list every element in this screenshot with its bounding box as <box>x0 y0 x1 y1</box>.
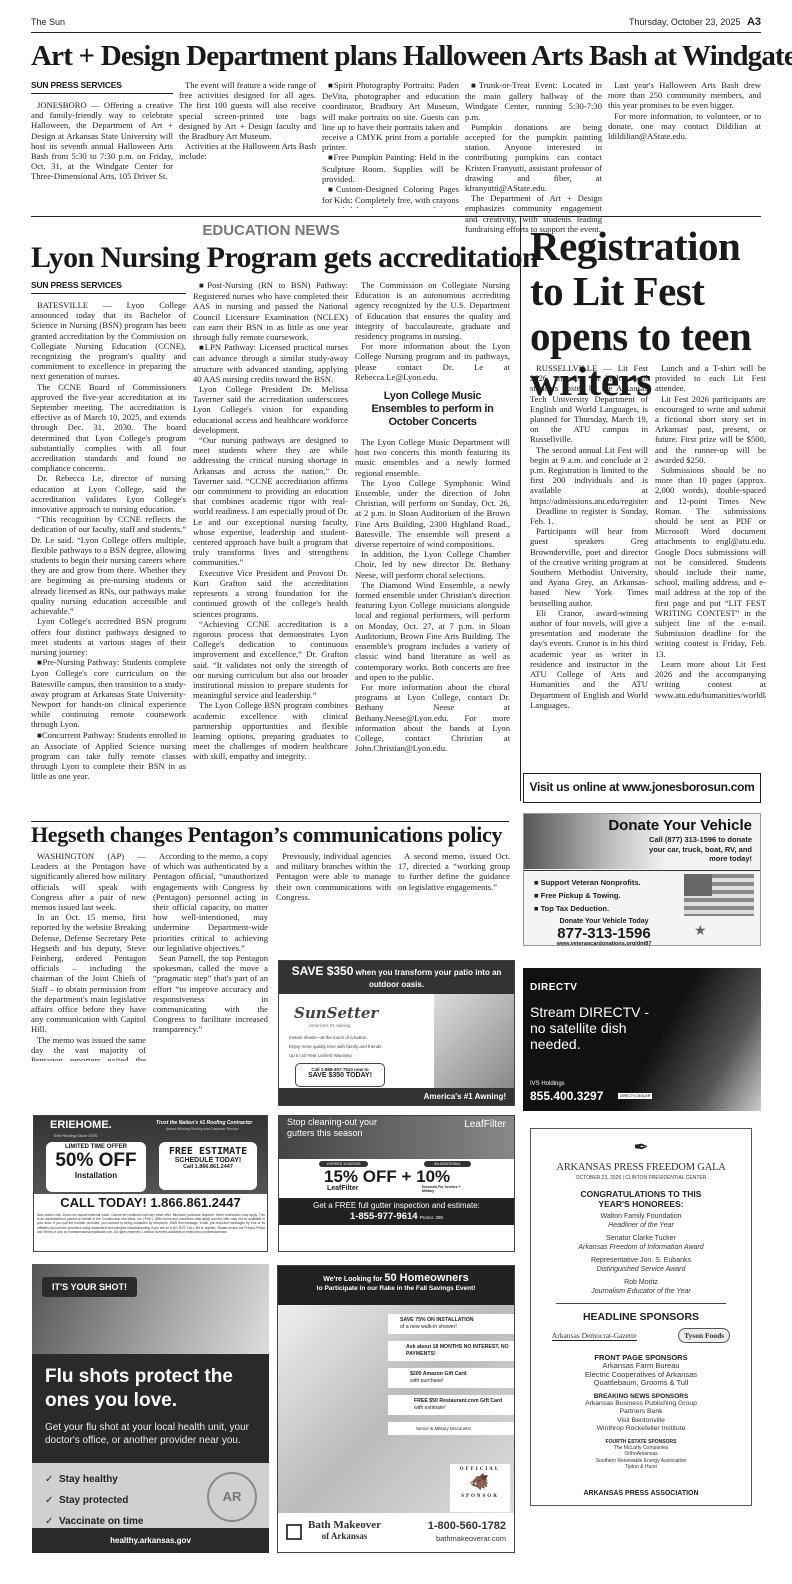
litfest-col-2: Lunch and a T-shirt will be provided to … <box>655 363 766 803</box>
lyon-p5: Pre-Nursing Pathway: Students complete L… <box>31 657 186 729</box>
leaffilter-cta-bar[interactable]: Get a FREE full gutter inspection and es… <box>279 1198 514 1225</box>
star-logo-icon: ★ <box>694 922 707 939</box>
flu-body: Get your flu shot at your local health u… <box>45 1421 260 1447</box>
lyon-p7: Post-Nursing (RN to BSN) Pathway: Regist… <box>193 280 348 342</box>
lyon-p8: LPN Pathway: Licensed practical nurses c… <box>193 342 348 384</box>
vehicle-cta: Donate Your Vehicle Today <box>534 918 674 925</box>
gala-honoree: Representative Jon. S. EubanksDistinguis… <box>531 1257 751 1274</box>
hegseth-col-4: A second memo, issued Oct. 17, directed … <box>398 851 510 941</box>
erie-offer-box: LIMITED TIME OFFER 50% OFF Installation <box>46 1142 146 1192</box>
lyon-col-3: The Commission on Collegiate Nursing Edu… <box>355 280 510 810</box>
art-col-1: JONESBORO — Offering a creative and fami… <box>31 100 173 182</box>
lit-p1: The second annual Lit Fest will begin at… <box>530 445 648 506</box>
bath-top1-big: 50 Homeowners <box>384 1272 468 1284</box>
issue-date: Thursday, October 23, 2025 A3 <box>629 16 761 28</box>
music-p0: The Lyon College Music Department will h… <box>355 437 510 478</box>
lit-p3: Participants will hear from guest speake… <box>530 526 648 608</box>
bath-callout: Senior & Military Discounts! <box>388 1422 515 1435</box>
lyon-p14: The Commission on Collegiate Nursing Edu… <box>355 280 510 341</box>
breaking-sponsor: Visit Bentonville <box>531 1417 751 1426</box>
hegseth-headline: Hegseth changes Pentagon’s communication… <box>31 824 502 846</box>
art-p5: Custom-Designed Coloring Pages for Kids:… <box>322 184 459 208</box>
heg-p0: WASHINGTON (AP) — Leaders at the Pentago… <box>31 851 146 912</box>
bath-callout: SAVE 75% ON INSTALLATIONof a new walk-in… <box>388 1314 515 1334</box>
heg-p4: Sean Parnell, the top Pentagon spokesman… <box>153 953 268 1035</box>
leaffilter-offer: 15% OFF + 10% <box>324 1167 450 1187</box>
music-p2: In addition, the Lyon College Chamber Ch… <box>355 549 510 580</box>
gala-honoree: Senator Clarke TuckerArkansas Freedom of… <box>531 1235 751 1252</box>
vehicle-bullet: ■ Top Tax Deduction. <box>534 902 641 915</box>
art-p2: Activities at the Halloween Arts Bash in… <box>179 141 316 161</box>
flag-soldier-image <box>684 874 754 916</box>
sunsetter-save: SAVE $350 <box>292 964 354 978</box>
art-headline: Art + Design Department plans Halloween … <box>31 42 792 71</box>
bath-callout: FREE $50 Restaurant.com Gift Cardwith es… <box>388 1395 515 1415</box>
lit-p2: Deadline to register is Sunday, Feb. 1. <box>530 506 648 526</box>
hegseth-col-1: WASHINGTON (AP) — Leaders at the Pentago… <box>31 851 146 1061</box>
paper-name: The Sun <box>31 17 65 27</box>
lyon-p2: Dr. Rebecca Le, director of nursing educ… <box>31 473 186 514</box>
leaffilter-cta: Get a FREE full gutter inspection and es… <box>279 1200 514 1211</box>
sunsetter-footer: America's #1 Awning! <box>279 1088 514 1105</box>
page-number: A3 <box>747 16 761 28</box>
flu-check-item: ✓ Stay protected <box>45 1490 143 1511</box>
bath-callout: $200 Amazon Gift Cardwith purchase! <box>388 1368 515 1388</box>
heg-p3: According to the memo, a copy of which w… <box>153 851 268 953</box>
leaffilter-headline: Stop cleaning-out your gutters this seas… <box>287 1117 387 1138</box>
leaffilter-phone[interactable]: 1-855-977-9614 <box>350 1211 418 1222</box>
breaking-sponsor: Winthrop Rockefeller Institute <box>531 1425 751 1434</box>
visit-online-box[interactable]: Visit us online at www.jonesborosun.com <box>523 773 761 803</box>
vehicle-phone[interactable]: 877-313-1596 <box>534 925 674 942</box>
flu-headline: Flu shots protect the ones you love. <box>45 1365 260 1413</box>
bath-logo-icon <box>286 1524 302 1540</box>
gala-congrats: CONGRATULATIONS TO THIS YEAR'S HONOREES: <box>566 1189 716 1209</box>
ad-directv[interactable]: DIRECTV Stream DIRECTV - no satellite di… <box>523 968 761 1111</box>
heg-p5: Previously, individual agencies and mili… <box>276 851 391 902</box>
leaffilter-offer-brand: LeafFilter <box>327 1185 359 1192</box>
lit-p5: Lunch and a T-shirt will be provided to … <box>655 363 766 394</box>
flu-check-item: ✓ Stay healthy <box>45 1469 143 1490</box>
vehicle-bullets: ■ Support Veteran Nonprofits. ■ Free Pic… <box>534 876 641 915</box>
gala-logo-icon: ✒ <box>531 1137 751 1158</box>
erie-estimate: FREE ESTIMATE <box>159 1146 257 1157</box>
vehicle-bullet: ■ Free Pickup & Towing. <box>534 889 641 902</box>
music-p3: The Diamond Wind Ensemble, a newly forme… <box>355 580 510 682</box>
vehicle-bullet: ■ Support Veteran Nonprofits. <box>534 876 641 889</box>
razorback-icon: 🐗 <box>450 1472 510 1494</box>
art-col-4: Trunk-or-Treat Event: Located in the mai… <box>465 80 602 234</box>
litfest-col-1: RUSSELLVILLE — Lit Fest 2026, an event f… <box>530 363 648 803</box>
litfest-divider <box>520 216 521 801</box>
lyon-p6: Concurrent Pathway: Students enrolled in… <box>31 730 186 782</box>
lyon-headline: Lyon Nursing Program gets accreditation <box>31 243 538 273</box>
sunsetter-photo <box>434 994 514 1090</box>
official-sponsor-badge: OFFICIAL 🐗 SPONSOR <box>450 1464 510 1512</box>
art-p6: Trunk-or-Treat Event: Located in the mai… <box>465 80 602 122</box>
leaffilter-discount: Discount For Seniors + Military <box>422 1185 462 1193</box>
art-p0: JONESBORO — Offering a creative and fami… <box>31 100 173 182</box>
art-p9: Last year's Halloween Arts Bash drew mor… <box>608 80 761 111</box>
leaffilter-promo: Promo: 285 <box>420 1215 443 1220</box>
breaking-sponsor: Partners Bank <box>531 1408 751 1417</box>
lyon-col-1: BATESVILLE — Lyon College announced toda… <box>31 300 186 810</box>
check-circle-icon: ✓ <box>45 1495 53 1506</box>
lit-p8: Learn more about Lit Fest 2026 and the a… <box>655 659 766 700</box>
bath-top1: We're Looking for <box>323 1276 384 1283</box>
gala-breaking-title: BREAKING NEWS SPONSORS <box>531 1393 751 1400</box>
lit-p0: RUSSELLVILLE — Lit Fest 2026, an event f… <box>530 363 648 445</box>
heg-p2: The memo was issued the same day the vas… <box>31 1035 146 1061</box>
erie-trust-sub: Award-Winning Roofing and Customer Servi… <box>166 1127 238 1131</box>
music-p4: For more information about the choral pr… <box>355 682 510 753</box>
check-circle-icon: ✓ <box>45 1516 53 1527</box>
lyon-p0: BATESVILLE — Lyon College announced toda… <box>31 300 186 382</box>
sunsetter-brand: SunSetter <box>294 1004 378 1022</box>
art-col-5: Last year's Halloween Arts Bash drew mor… <box>608 80 761 208</box>
lyon-p4: Lyon College's accredited BSN program of… <box>31 616 186 657</box>
art-byline: SUN PRESS SERVICES <box>31 80 173 94</box>
fourth-sponsor: Tipton & Hurst <box>531 1464 751 1471</box>
bath-callout: Ask about 18 MONTHS NO INTEREST, NO PAYM… <box>388 1341 515 1361</box>
ad-sunsetter[interactable]: SAVE $350 when you transform your patio … <box>278 960 515 1106</box>
vehicle-url[interactable]: www.veterancardonations.org/dnt87 <box>534 941 674 946</box>
lyon-p3: “This recognition by CCNE reflects the d… <box>31 514 186 616</box>
erie-call-small: Call 1.866.861.2447 <box>159 1164 257 1170</box>
lyon-byline: SUN PRESS SERVICES <box>31 280 186 294</box>
breaking-sponsor: Arkansas Business Publishing Group <box>531 1400 751 1409</box>
gala-honoree: Rob MoritzJournalism Educator of the Yea… <box>531 1279 751 1296</box>
lyon-p11: Executive Vice President and Provost Dr.… <box>193 568 348 619</box>
ad-bath-makeover[interactable]: We're Looking for 50 Homeowners to Parti… <box>277 1265 515 1553</box>
lyon-p15: For more information about the Lyon Coll… <box>355 341 510 382</box>
education-news-kicker: EDUCATION NEWS <box>31 222 511 239</box>
sunsetter-call-bubble[interactable]: Call 1-888-497-7510 now to SAVE $350 TOD… <box>295 1063 385 1087</box>
art-p4: Free Pumpkin Painting: Held in the Sculp… <box>322 152 459 184</box>
lyon-p9: Lyon College President Dr. Melissa Taver… <box>193 384 348 435</box>
erie-brand: ERIEHOME. <box>50 1119 112 1131</box>
sponsor-bottom: SPONSOR <box>450 1494 510 1499</box>
heg-p1: In an Oct. 15 memo, first reported by th… <box>31 912 146 1034</box>
check-circle-icon: ✓ <box>45 1474 53 1485</box>
vehicle-title: Donate Your Vehicle <box>608 817 752 834</box>
ad-press-freedom-gala: ✒ ARKANSAS PRESS FREEDOM GALA OCTOBER 23… <box>530 1128 752 1506</box>
ad-donate-vehicle[interactable]: Donate Your Vehicle Call (877) 313-1596 … <box>523 813 761 946</box>
erie-schedule: SCHEDULE TODAY! <box>159 1157 257 1164</box>
hegseth-col-3: Previously, individual agencies and mili… <box>276 851 391 941</box>
erie-trust: Trust the Nation's #1 Roofing Contractor <box>156 1120 252 1126</box>
sunsetter-headline: when you transform your patio into an ou… <box>353 968 501 989</box>
bath-top2: to Participate in our Rake in the Fall S… <box>278 1285 514 1292</box>
bath-phone[interactable]: 1-800-560-1782 <box>428 1520 506 1532</box>
section-rule-1 <box>31 216 761 217</box>
bath-brand: Bath Makeover of Arkansas <box>308 1520 381 1542</box>
art-p7: Pumpkin donations are being accepted for… <box>465 122 602 193</box>
gala-headline-sponsors-title: HEADLINE SPONSORS <box>531 1311 751 1323</box>
hegseth-col-2: According to the memo, a copy of which w… <box>153 851 268 1061</box>
erie-since: Erie Roofing Since 1976 <box>54 1133 97 1138</box>
bath-url[interactable]: bathmakeoverar.com <box>436 1534 506 1543</box>
erie-offer-big: 50% OFF <box>46 1150 146 1171</box>
erie-estimate-box: FREE ESTIMATE SCHEDULE TODAY! Call 1.866… <box>159 1142 257 1190</box>
art-p10: For more information, to volunteer, or t… <box>608 111 761 142</box>
front-sponsor: Quattlebaum, Grooms & Tull <box>531 1379 751 1388</box>
art-p1: The event will feature a wide range of f… <box>179 80 316 141</box>
lit-p6: Lit Fest 2026 participants are encourage… <box>655 394 766 465</box>
vehicle-sub: Call (877) 313-1596 to donate your car, … <box>632 835 752 864</box>
directv-headline: Stream DIRECTV - no satellite dish neede… <box>530 1004 655 1052</box>
sponsor-logo-adg: Arkansas Democrat-Gazette <box>552 1331 637 1341</box>
heg-p6: A second memo, issued Oct. 17, directed … <box>398 851 510 892</box>
flu-url[interactable]: healthy.arkansas.gov <box>32 1528 269 1553</box>
ar-health-seal: AR <box>207 1472 257 1522</box>
date-text: Thursday, October 23, 2025 <box>629 17 740 27</box>
art-col-3: Spirit Photography Portraits: Paden DeVi… <box>322 80 459 208</box>
ad-erie-home[interactable]: ERIEHOME. Erie Roofing Since 1976 Trust … <box>33 1115 268 1252</box>
directv-phone[interactable]: 855.400.3297 <box>530 1089 603 1103</box>
sunsetter-tagline: America's #1 Awning <box>309 1023 351 1028</box>
lyon-p13: The Lyon College BSN program combines ac… <box>193 700 348 761</box>
directv-brand: DIRECTV <box>530 982 577 993</box>
lit-p7: Submissions should be no more than 10 pa… <box>655 465 766 659</box>
leaffilter-brand: LeafFilter <box>464 1119 506 1130</box>
ad-flu-shot[interactable]: IT'S YOUR SHOT! Flu shots protect the on… <box>32 1264 269 1553</box>
erie-call-big[interactable]: CALL TODAY! 1.866.861.2447 <box>34 1195 267 1210</box>
gala-footer: ARKANSAS PRESS ASSOCIATION <box>531 1490 751 1497</box>
erie-fine-print: New orders only. Does not include materi… <box>37 1213 265 1234</box>
music-p1: The Lyon College Symphonic Wind Ensemble… <box>355 478 510 549</box>
ad-leaffilter[interactable]: Stop cleaning-out your gutters this seas… <box>278 1115 515 1252</box>
flu-badge: IT'S YOUR SHOT! <box>42 1277 137 1297</box>
gala-title: ARKANSAS PRESS FREEDOM GALA <box>531 1162 751 1173</box>
directv-dealer-badge: DIRECTV DEALER <box>618 1093 652 1099</box>
sponsor-logo-tyson: Tyson Foods <box>678 1328 730 1343</box>
lyon-p12: “Achieving CCNE accreditation is a rigor… <box>193 619 348 701</box>
gala-honoree: Walton Family FoundationHeadliner of the… <box>531 1213 751 1230</box>
lit-p4: Eli Cranor, award-winning author of four… <box>530 608 648 710</box>
art-p3: Spirit Photography Portraits: Paden DeVi… <box>322 80 459 152</box>
music-subhead: Lyon College Music Ensembles to perform … <box>355 390 510 429</box>
sunsetter-bullet: Enjoy more quality time with family and … <box>289 1042 383 1051</box>
lyon-p1: The CCNE Board of Commissioners approved… <box>31 382 186 474</box>
lyon-col-2: Post-Nursing (RN to BSN) Pathway: Regist… <box>193 280 348 810</box>
sunsetter-bullet: Up to 10-Year Limited Warranty. <box>289 1051 383 1060</box>
header-rule <box>31 32 761 33</box>
erie-offer-sub: Installation <box>46 1171 146 1180</box>
directv-dealer: IVS Holdings <box>530 1081 565 1087</box>
lyon-p10: “Our nursing pathways are designed to me… <box>193 435 348 568</box>
sunsetter-save-today: SAVE $350 TODAY! <box>296 1072 384 1079</box>
art-col-2: The event will feature a wide range of f… <box>179 80 316 162</box>
gala-date: OCTOBER 23, 2025 | CLINTON PRESIDENTIAL … <box>531 1175 751 1181</box>
sunsetter-bullet: Instant shade—at the touch of a button. <box>289 1033 383 1042</box>
